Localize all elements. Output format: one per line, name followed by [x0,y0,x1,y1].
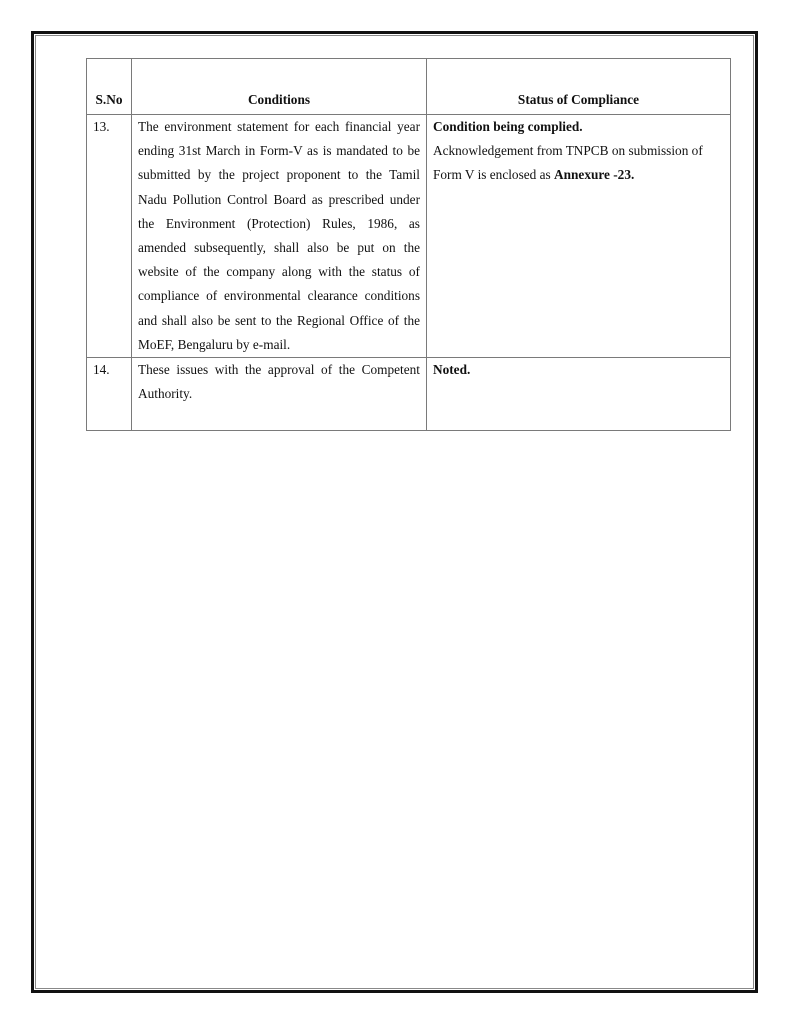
row-condition: The environment statement for each finan… [132,115,427,358]
row-sno: 13. [87,115,132,358]
row-condition: These issues with the approval of the Co… [132,358,427,431]
header-sno: S.No [87,59,132,115]
row-sno: 14. [87,358,132,431]
header-status: Status of Compliance [427,59,731,115]
header-conditions: Conditions [132,59,427,115]
compliance-table: S.No Conditions Status of Compliance 13.… [86,58,731,431]
table-header-row: S.No Conditions Status of Compliance [87,59,731,115]
status-heading: Noted. [433,358,724,382]
status-text: Acknowledgement from TNPCB on submission… [433,139,724,187]
table-row: 14. These issues with the approval of th… [87,358,731,431]
status-heading: Condition being complied. [433,115,724,139]
annexure-reference: Annexure -23. [554,167,634,182]
row-status: Noted. [427,358,731,431]
table-row: 13. The environment statement for each f… [87,115,731,358]
row-status: Condition being complied. Acknowledgemen… [427,115,731,358]
